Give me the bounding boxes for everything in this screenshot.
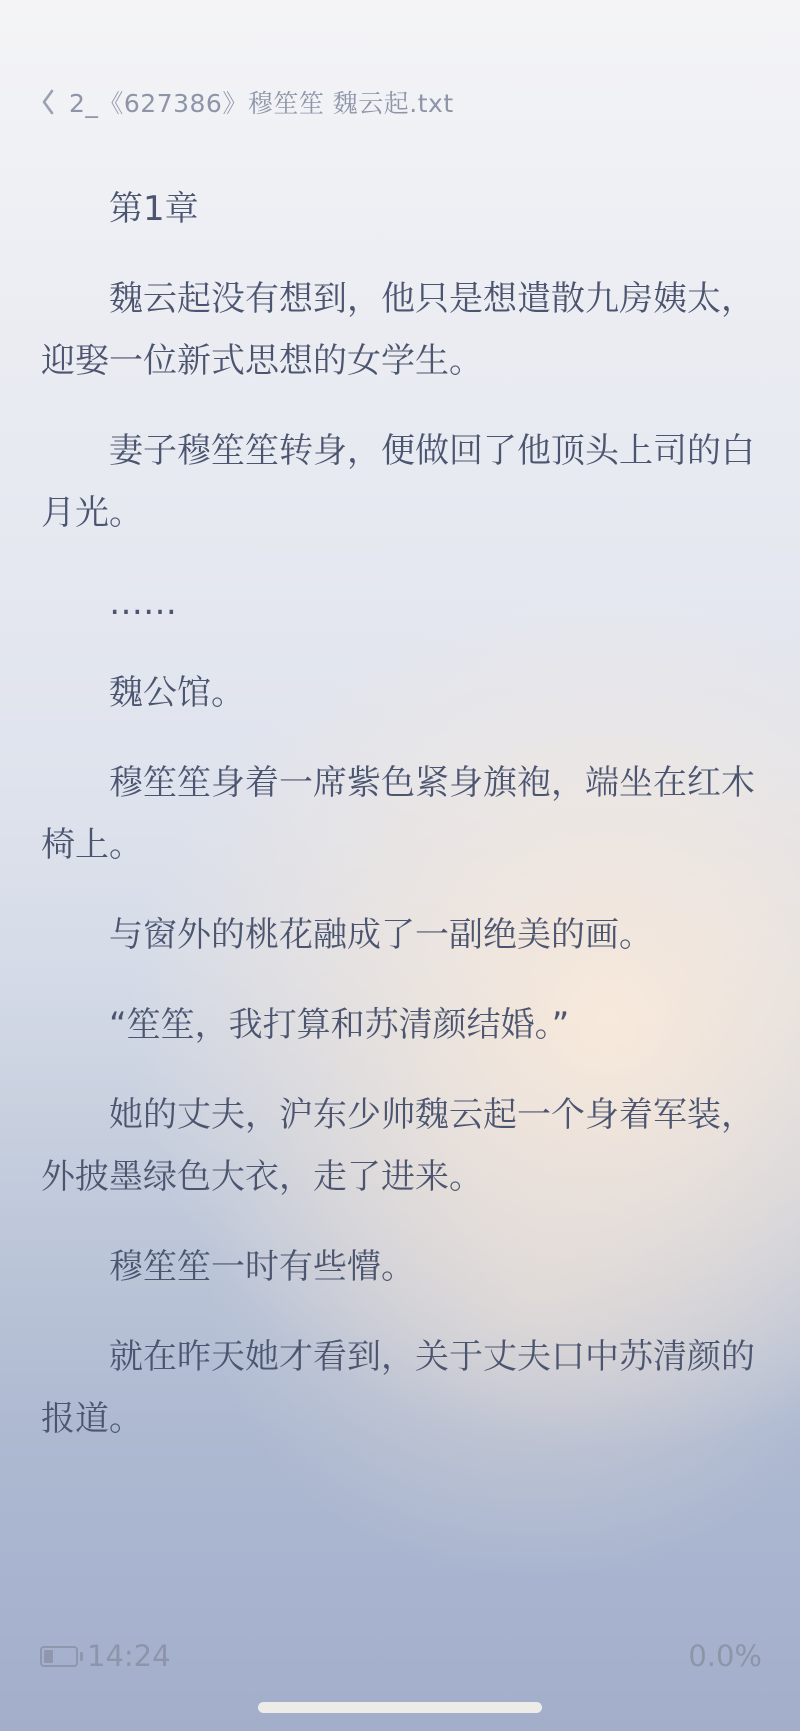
paragraph: 妻子穆笙笙转身，便做回了他顶头上司的白月光。 bbox=[41, 420, 759, 544]
status-left: 14:24 bbox=[40, 1639, 171, 1673]
paragraph: 与窗外的桃花融成了一副绝美的画。 bbox=[41, 904, 759, 966]
clock-time: 14:24 bbox=[87, 1639, 171, 1673]
chapter-title: 第1章 bbox=[41, 178, 759, 240]
back-button[interactable] bbox=[40, 88, 55, 116]
battery-icon bbox=[40, 1646, 78, 1667]
paragraph: 她的丈夫，沪东少帅魏云起一个身着军装，外披墨绿色大衣，走了进来。 bbox=[41, 1084, 759, 1208]
reading-progress: 0.0% bbox=[688, 1639, 762, 1673]
paragraph: …… bbox=[41, 572, 759, 634]
paragraph: 穆笙笙一时有些懵。 bbox=[41, 1236, 759, 1298]
header: 2_《627386》穆笙笙 魏云起.txt bbox=[40, 84, 770, 120]
paragraph: 魏公馆。 bbox=[41, 662, 759, 724]
chevron-left-icon bbox=[40, 88, 55, 116]
file-title: 2_《627386》穆笙笙 魏云起.txt bbox=[69, 84, 454, 120]
paragraph: 穆笙笙身着一席紫色紧身旗袍，端坐在红木椅上。 bbox=[41, 752, 759, 876]
paragraph: “笙笙，我打算和苏清颜结婚。” bbox=[41, 994, 759, 1056]
reader-screen: 2_《627386》穆笙笙 魏云起.txt 第1章 魏云起没有想到，他只是想遣散… bbox=[0, 0, 800, 1731]
paragraph: 魏云起没有想到，他只是想遣散九房姨太，迎娶一位新式思想的女学生。 bbox=[41, 268, 759, 392]
reading-area[interactable]: 第1章 魏云起没有想到，他只是想遣散九房姨太，迎娶一位新式思想的女学生。 妻子穆… bbox=[41, 178, 759, 1478]
home-indicator[interactable] bbox=[258, 1702, 542, 1713]
paragraph: 就在昨天她才看到，关于丈夫口中苏清颜的报道。 bbox=[41, 1326, 759, 1450]
reader-status-bar: 14:24 0.0% bbox=[40, 1636, 762, 1676]
